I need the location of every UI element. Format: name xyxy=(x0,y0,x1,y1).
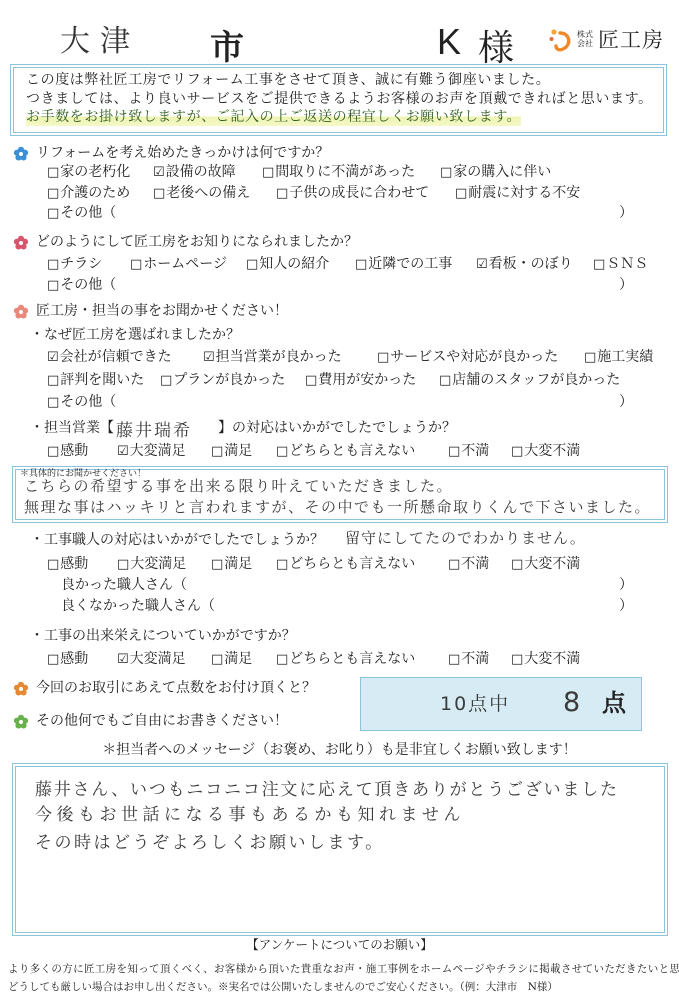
option-label: 家の老朽化 xyxy=(60,164,130,180)
sales-comment-line-1: こちらの希望する事を出来る限り叶えていただきました。 xyxy=(24,477,453,495)
checkbox[interactable]: □ xyxy=(47,652,59,667)
option-label: 耐震に対する不安 xyxy=(468,185,580,201)
checkbox[interactable]: ☑ xyxy=(117,444,129,459)
message-line-1: 藤井さん、いつもニコニコ注文に応えて頂きありがとうございました xyxy=(35,779,619,801)
checkbox[interactable]: □ xyxy=(117,557,129,572)
q3-option-low-cost[interactable]: □費用が安かった xyxy=(305,371,416,390)
score-unit: 点 xyxy=(602,689,626,717)
quality-option-very-dissatisfied[interactable]: □大変不満 xyxy=(511,650,580,669)
sales-option-very-dissatisfied[interactable]: □大変不満 xyxy=(511,442,580,461)
checkbox[interactable]: □ xyxy=(448,557,460,572)
free-comment-title: その他何でもご自由にお書きください！ xyxy=(36,712,288,730)
checkbox[interactable]: □ xyxy=(439,373,451,388)
checkbox[interactable]: ☑ xyxy=(47,350,59,365)
checkbox[interactable]: □ xyxy=(448,444,460,459)
company-name: 匠工房 xyxy=(598,28,664,52)
option-label: その他（ xyxy=(60,394,116,410)
craftsmen-question: ・工事職人の対応はいかがでしたでしょうか？ xyxy=(30,531,324,549)
q3-option-track-record[interactable]: □施工実績 xyxy=(584,348,653,367)
close-paren: ） xyxy=(619,276,633,294)
quality-option-very-satisfied[interactable]: ☑大変満足 xyxy=(117,650,186,669)
good-craftsmen-input[interactable] xyxy=(200,576,610,594)
message-request: ＊担当者へのメッセージ（お褒め、お叱り）も是非宜しくお願い致します！ xyxy=(0,741,679,759)
option-label: 大変不満 xyxy=(524,443,580,459)
q1-option-other[interactable]: □その他（ xyxy=(47,204,116,223)
option-label: その他（ xyxy=(60,277,116,293)
bad-craftsmen-label: 良くなかった職人さん（ xyxy=(61,597,215,615)
q3-option-good-plan[interactable]: □プランが良かった xyxy=(160,371,285,390)
option-label: 間取りに不満があった xyxy=(275,164,415,180)
intro-line-2: つきましては、より良いサービスをご提供できるようお客様のお声を頂戴できればと思い… xyxy=(26,90,653,108)
option-label: 老後への備え xyxy=(166,185,250,201)
footer-line-1: より多くの方に匠工房を知って頂くべく、お客様から頂いた貴重なお声・施工事例をホー… xyxy=(8,962,679,976)
option-label: 知人の紹介 xyxy=(259,256,329,272)
sales-option-dissatisfied[interactable]: □不満 xyxy=(448,442,489,461)
quality-question: ・工事の出来栄えについていかがですか？ xyxy=(30,627,296,645)
q3-option-good-service[interactable]: □サービスや対応が良かった xyxy=(377,348,558,367)
checkbox[interactable]: □ xyxy=(440,165,452,180)
craftsmen-option-dissatisfied[interactable]: □不満 xyxy=(448,555,489,574)
footer-title: 【アンケートについてのお願い】 xyxy=(0,937,679,953)
q1-option-care[interactable]: □介護のため xyxy=(47,184,130,203)
checkbox[interactable]: ☑ xyxy=(203,350,215,365)
checkbox[interactable]: □ xyxy=(47,186,59,201)
q3-why-title: ・なぜ匠工房を選ばれましたか？ xyxy=(30,326,240,344)
close-paren: ） xyxy=(619,393,633,411)
option-label: プランが良かった xyxy=(173,372,285,388)
score-prefix: 10点中 xyxy=(440,693,510,715)
customer-initial: K xyxy=(437,21,461,63)
q3-option-good-sales-rep[interactable]: ☑担当営業が良かった xyxy=(203,348,342,367)
craftsmen-option-neutral[interactable]: □どちらとも言えない xyxy=(276,555,415,574)
company-logo: 株式 会社 匠工房 xyxy=(548,27,672,57)
checkbox[interactable]: □ xyxy=(355,257,367,272)
flower-icon xyxy=(13,146,29,162)
q2-other-input[interactable] xyxy=(120,276,610,294)
option-label: 設備の故障 xyxy=(166,164,236,180)
option-label: 大変不満 xyxy=(524,556,580,572)
craftsmen-option-very-satisfied[interactable]: □大変満足 xyxy=(117,555,186,574)
checkbox[interactable]: □ xyxy=(276,557,288,572)
sales-rep-name[interactable]: 藤井瑞希 xyxy=(116,416,192,441)
score-value[interactable]: 8 xyxy=(563,688,580,718)
q1-option-aging[interactable]: □家の老朽化 xyxy=(47,163,130,182)
checkbox[interactable]: ☑ xyxy=(476,257,488,272)
checkbox[interactable]: □ xyxy=(211,557,223,572)
q2-title: どのようにして匠工房をお知りになられましたか？ xyxy=(36,233,358,251)
q1-option-purchase[interactable]: □家の購入に伴い xyxy=(440,163,551,182)
q1-option-retirement[interactable]: □老後への備え xyxy=(153,184,250,203)
sales-option-moved[interactable]: □感動 xyxy=(47,442,88,461)
option-label: 満足 xyxy=(224,556,252,572)
checkbox[interactable]: □ xyxy=(47,373,59,388)
checkbox[interactable]: □ xyxy=(377,350,389,365)
option-label: 家の購入に伴い xyxy=(453,164,551,180)
checkbox[interactable]: □ xyxy=(276,444,288,459)
option-label: 看板・のぼり xyxy=(489,256,573,272)
q1-option-equipment-failure[interactable]: ☑設備の故障 xyxy=(153,163,236,182)
q1-other-input[interactable] xyxy=(120,204,610,222)
option-label: 感動 xyxy=(60,556,88,572)
checkbox[interactable]: □ xyxy=(593,257,605,272)
flower-icon xyxy=(13,304,29,320)
checkbox[interactable]: □ xyxy=(47,444,59,459)
option-label: 子供の成長に合わせて xyxy=(289,185,429,201)
bad-craftsmen-input[interactable] xyxy=(225,597,610,615)
q2-option-homepage[interactable]: □ホームページ xyxy=(130,255,227,274)
option-label: 大変満足 xyxy=(130,556,186,572)
option-label: ホームページ xyxy=(143,256,227,272)
option-label: 会社が信頼できた xyxy=(60,349,172,365)
option-label: チラシ xyxy=(60,256,102,272)
message-line-2: 今後もお世話になる事もあるかも知れません xyxy=(35,804,465,826)
checkbox[interactable]: □ xyxy=(511,652,523,667)
checkbox[interactable]: □ xyxy=(47,557,59,572)
checkbox[interactable]: ☑ xyxy=(117,652,129,667)
q3-option-other[interactable]: □その他（ xyxy=(47,393,116,412)
quality-option-neutral[interactable]: □どちらとも言えない xyxy=(276,650,415,669)
option-label: どちらとも言えない xyxy=(289,651,415,667)
q2-option-flyer[interactable]: □チラシ xyxy=(47,255,102,274)
swirl-logo-icon xyxy=(548,27,574,55)
option-label: 大変満足 xyxy=(130,443,186,459)
checkbox[interactable]: □ xyxy=(153,186,165,201)
option-label: 介護のため xyxy=(60,185,130,201)
message-line-3: その時はどうぞよろしくお願いします。 xyxy=(35,832,385,854)
city-handwritten: 大津 xyxy=(60,16,140,60)
q1-title: リフォームを考え始めたきっかけは何ですか？ xyxy=(36,144,329,162)
score-question: 今回のお取引にあえて点数をお付け頂くと？ xyxy=(36,679,316,697)
checkbox[interactable]: □ xyxy=(246,257,258,272)
q1-option-layout[interactable]: □間取りに不満があった xyxy=(262,163,415,182)
option-label: サービスや対応が良かった xyxy=(390,349,558,365)
footer-line-2: どうしても厳しい場合はお申し出ください。※実名では公開いたしませんのでご安心くだ… xyxy=(8,980,558,994)
option-label: 不満 xyxy=(461,443,489,459)
option-label: 感動 xyxy=(60,651,88,667)
checkbox[interactable]: □ xyxy=(448,652,460,667)
checkbox[interactable]: □ xyxy=(130,257,142,272)
q2-option-sns[interactable]: □ＳＮＳ xyxy=(593,255,648,274)
option-label: 大変不満 xyxy=(524,651,580,667)
q3-title: 匠工房・担当の事をお聞かせください！ xyxy=(36,302,288,320)
checkbox[interactable]: □ xyxy=(47,257,59,272)
sales-comment-line-2: 無理な事はハッキリと言われますが、その中でも一所懸命取りくんで下さいました。 xyxy=(24,498,651,516)
sales-question-suffix: 】の対応はいかがでしたでしょうか？ xyxy=(218,419,456,437)
checkbox[interactable]: □ xyxy=(47,206,59,221)
close-paren: ） xyxy=(619,576,633,594)
checkbox[interactable]: □ xyxy=(511,557,523,572)
checkbox[interactable]: □ xyxy=(511,444,523,459)
option-label: どちらとも言えない xyxy=(289,443,415,459)
close-paren: ） xyxy=(619,204,633,222)
checkbox[interactable]: □ xyxy=(276,186,288,201)
option-label: 評判を聞いた xyxy=(60,372,144,388)
craftsmen-option-moved[interactable]: □感動 xyxy=(47,555,88,574)
sales-option-very-satisfied[interactable]: ☑大変満足 xyxy=(117,442,186,461)
option-label: 満足 xyxy=(224,443,252,459)
flower-icon xyxy=(13,681,29,697)
option-label: 近隣での工事 xyxy=(368,256,452,272)
q3-option-store-staff[interactable]: □店舗のスタッフが良かった xyxy=(439,371,620,390)
flower-icon xyxy=(13,714,29,730)
checkbox[interactable]: □ xyxy=(47,278,59,293)
option-label: 満足 xyxy=(224,651,252,667)
option-label: 店舗のスタッフが良かった xyxy=(452,372,620,388)
checkbox[interactable]: □ xyxy=(47,165,59,180)
option-label: その他（ xyxy=(60,205,116,221)
option-label: どちらとも言えない xyxy=(289,556,415,572)
checkbox[interactable]: □ xyxy=(160,373,172,388)
sales-option-neutral[interactable]: □どちらとも言えない xyxy=(276,442,415,461)
option-label: 不満 xyxy=(461,651,489,667)
checkbox[interactable]: □ xyxy=(455,186,467,201)
q3-option-reputation[interactable]: □評判を聞いた xyxy=(47,371,144,390)
option-label: 感動 xyxy=(60,443,88,459)
checkbox[interactable]: □ xyxy=(211,444,223,459)
q3-option-trusted-company[interactable]: ☑会社が信頼できた xyxy=(47,348,172,367)
sales-option-satisfied[interactable]: □満足 xyxy=(211,442,252,461)
q1-option-children[interactable]: □子供の成長に合わせて xyxy=(276,184,429,203)
q2-option-referral[interactable]: □知人の紹介 xyxy=(246,255,329,274)
checkbox[interactable]: □ xyxy=(276,652,288,667)
good-craftsmen-label: 良かった職人さん（ xyxy=(61,576,187,594)
craftsmen-option-satisfied[interactable]: □満足 xyxy=(211,555,252,574)
option-label: 大変満足 xyxy=(130,651,186,667)
sales-question-prefix: ・担当営業【 xyxy=(30,419,114,437)
craftsmen-option-very-dissatisfied[interactable]: □大変不満 xyxy=(511,555,580,574)
option-label: 施工実績 xyxy=(597,349,653,365)
q1-option-earthquake[interactable]: □耐震に対する不安 xyxy=(455,184,580,203)
company-type-bottom: 会社 xyxy=(577,39,593,48)
checkbox[interactable]: □ xyxy=(211,652,223,667)
q2-option-nearby-work[interactable]: □近隣での工事 xyxy=(355,255,452,274)
intro-line-1: この度は弊社匠工房でリフォーム工事をさせて頂き、誠に有難う御座いました。 xyxy=(26,71,550,89)
intro-line-3: お手数をお掛け致しますが、ご記入の上ご返送の程宜しくお願い致します。 xyxy=(26,108,521,126)
company-type-top: 株式 xyxy=(577,30,593,39)
checkbox[interactable]: □ xyxy=(262,165,274,180)
quality-option-satisfied[interactable]: □満足 xyxy=(211,650,252,669)
option-label: 費用が安かった xyxy=(318,372,416,388)
q3-other-input[interactable] xyxy=(120,393,610,411)
option-label: 不満 xyxy=(461,556,489,572)
option-label: 担当営業が良かった xyxy=(216,349,342,365)
checkbox[interactable]: □ xyxy=(584,350,596,365)
checkbox[interactable]: ☑ xyxy=(153,165,165,180)
option-label: ＳＮＳ xyxy=(606,256,648,272)
flower-icon xyxy=(13,235,29,251)
quality-option-dissatisfied[interactable]: □不満 xyxy=(448,650,489,669)
city-suffix: 市 xyxy=(210,20,244,69)
craftsmen-note: 留守にしてたのでわかりません。 xyxy=(345,529,586,547)
close-paren: ） xyxy=(619,597,633,615)
q2-option-other[interactable]: □その他（ xyxy=(47,276,116,295)
quality-option-moved[interactable]: □感動 xyxy=(47,650,88,669)
q2-option-signboard[interactable]: ☑看板・のぼり xyxy=(476,255,573,274)
checkbox[interactable]: □ xyxy=(47,395,59,410)
checkbox[interactable]: □ xyxy=(305,373,317,388)
